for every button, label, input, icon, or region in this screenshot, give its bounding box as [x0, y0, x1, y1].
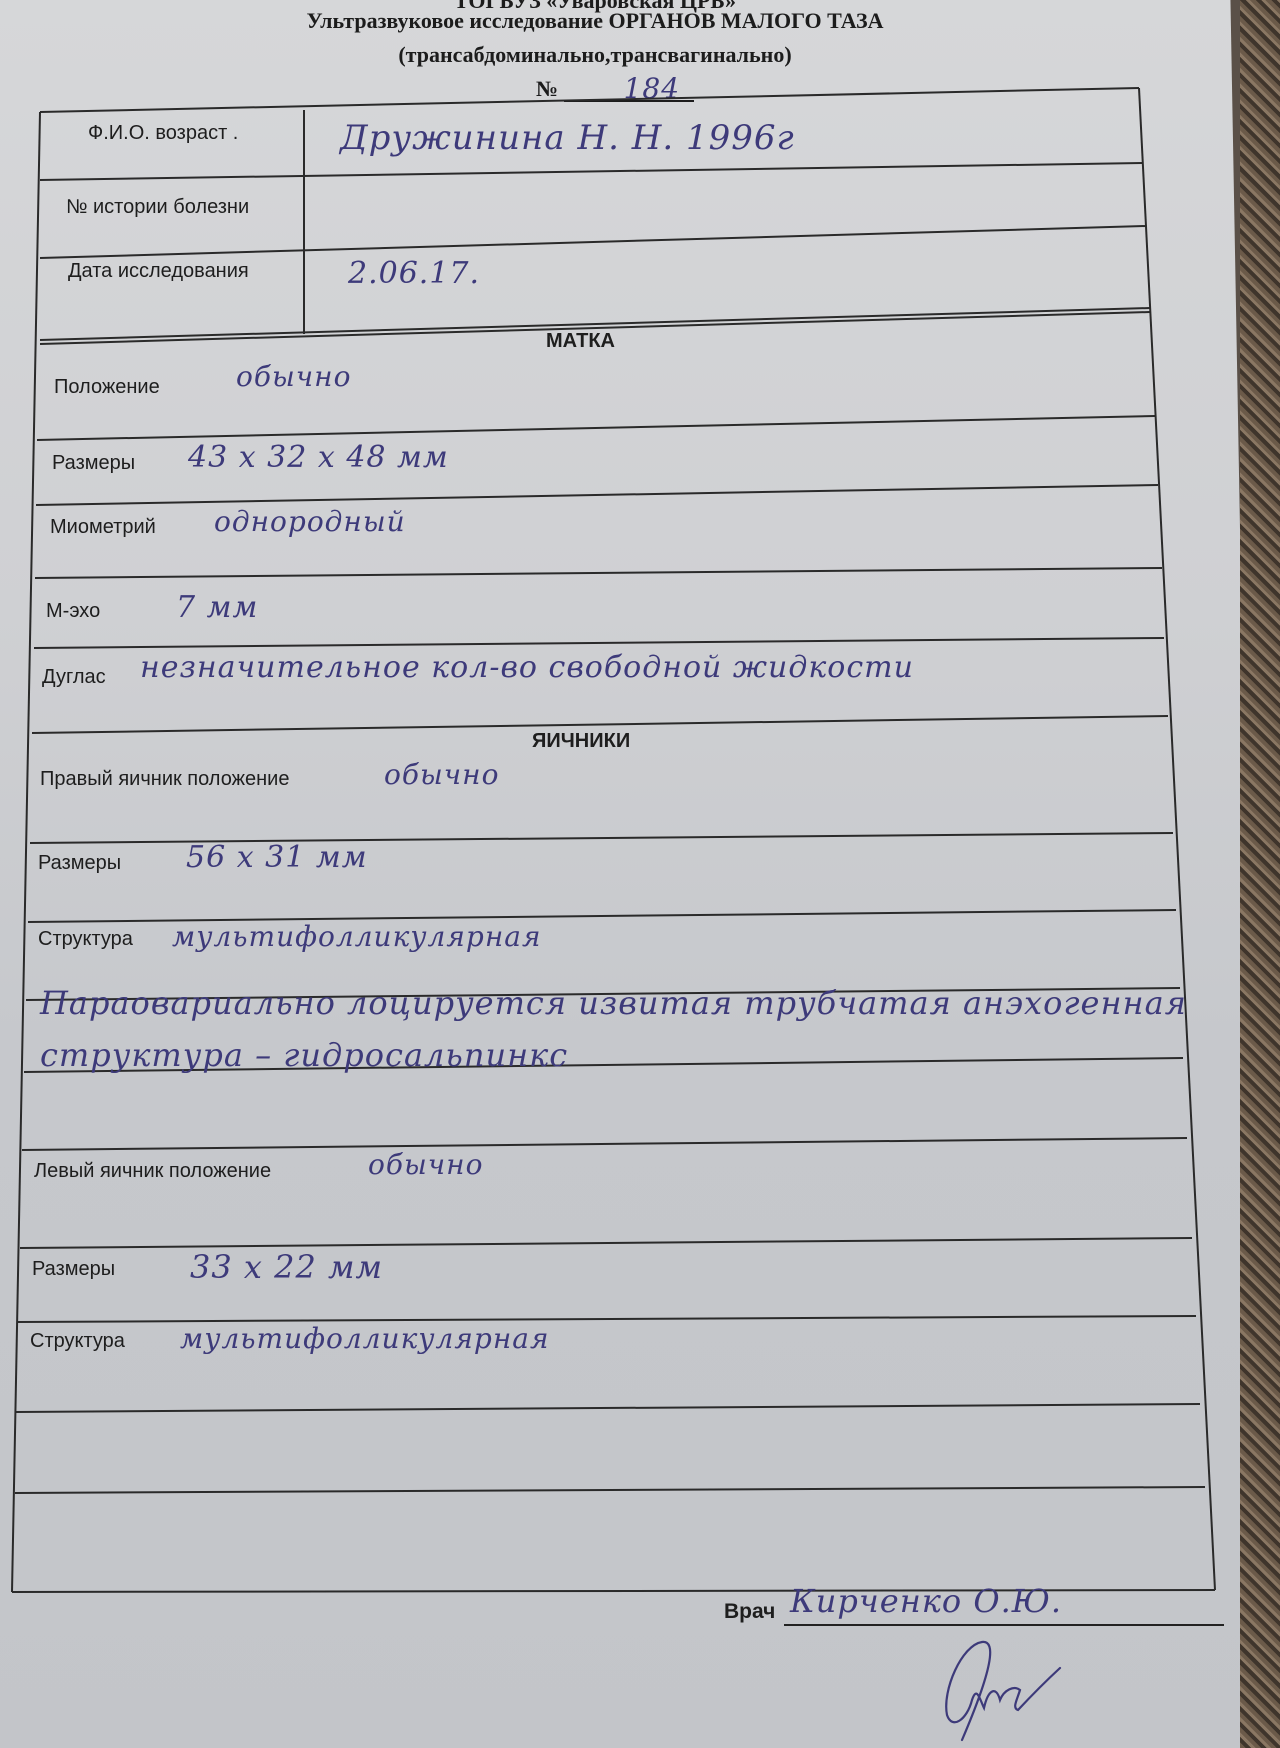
uterus-position-value[interactable]: обычно	[236, 360, 351, 393]
ovary-note-line-2[interactable]: структура – гидросальпинкс	[40, 1036, 568, 1074]
ovaries-section-title: ЯИЧНИКИ	[532, 730, 630, 753]
name-age-label: Ф.И.О. возраст .	[88, 122, 238, 145]
doctor-name-value[interactable]: Кирченко О.Ю.	[790, 1582, 1062, 1620]
left-ovary-structure-label: Структура	[30, 1330, 125, 1353]
right-ovary-size-value[interactable]: 56 х 31 мм	[186, 840, 368, 875]
right-ovary-structure-value[interactable]: мультифолликулярная	[172, 920, 542, 953]
left-ovary-position-label: Левый яичник положение	[34, 1160, 271, 1183]
uterus-section-title: МАТКА	[546, 330, 615, 353]
history-number-label: № истории болезни	[66, 196, 249, 219]
uterus-size-value[interactable]: 43 х 32 х 48 мм	[188, 440, 449, 475]
left-ovary-structure-value[interactable]: мультифолликулярная	[180, 1322, 550, 1355]
douglas-value[interactable]: незначительное кол-во свободной жидкости	[140, 650, 914, 685]
ovary-note-line-1[interactable]: Параовариально лоцируется извитая трубча…	[40, 984, 1187, 1022]
myometrium-value[interactable]: однородный	[214, 505, 406, 538]
exam-date-label: Дата исследования	[68, 260, 249, 283]
signature-icon	[922, 1630, 1072, 1748]
exam-date-value[interactable]: 2.06.17.	[348, 256, 480, 291]
name-age-value[interactable]: Дружинина Н. Н. 1996г	[340, 118, 795, 158]
left-ovary-size-label: Размеры	[32, 1258, 115, 1281]
right-ovary-size-label: Размеры	[38, 852, 121, 875]
right-ovary-position-value[interactable]: обычно	[384, 758, 499, 791]
uterus-size-label: Размеры	[52, 452, 135, 475]
doctor-field-line	[784, 1624, 1224, 1626]
douglas-label: Дуглас	[42, 666, 106, 689]
myometrium-label: Миометрий	[50, 516, 156, 539]
right-ovary-position-label: Правый яичник положение	[40, 768, 289, 791]
uterus-position-label: Положение	[54, 376, 160, 399]
right-ovary-structure-label: Структура	[38, 928, 133, 951]
doctor-label: Врач	[724, 1600, 775, 1624]
left-ovary-position-value[interactable]: обычно	[368, 1148, 483, 1181]
m-echo-value[interactable]: 7 мм	[176, 590, 258, 625]
left-ovary-size-value[interactable]: 33 х 22 мм	[190, 1248, 383, 1286]
m-echo-label: М-эхо	[46, 600, 100, 623]
